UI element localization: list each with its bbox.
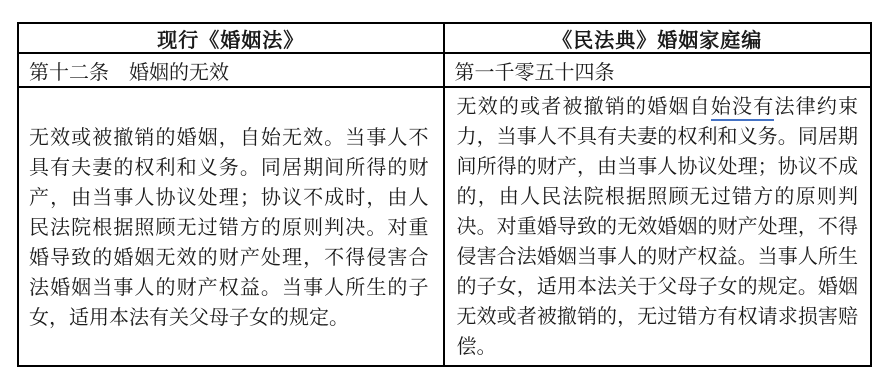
header-civil-code-label: 《民法典》婚姻家庭编 [552, 24, 762, 53]
civil-code-text-before: 无效的或者被撤销的婚姻自 [457, 94, 711, 118]
header-cell-marriage-law: 现行《婚姻法》 [19, 24, 445, 54]
marriage-law-body-text: 无效或被撤销的婚姻，自始无效。当事人不具有夫妻的权利和义务。同居期间所得的财产，… [29, 122, 429, 332]
civil-code-text-after: 法律约束力，当事人不具有夫妻的权利和义务。同居期间所得的财产，由当事人协议处理；… [457, 94, 859, 358]
body-cell-marriage-law: 无效或被撤销的婚姻，自始无效。当事人不具有夫妻的权利和义务。同居期间所得的财产，… [19, 88, 445, 365]
header-cell-civil-code: 《民法典》婚姻家庭编 [445, 24, 871, 54]
civil-code-body-text: 无效的或者被撤销的婚姻自始没有法律约束力，当事人不具有夫妻的权利和义务。同居期间… [457, 91, 859, 361]
comparison-table: 现行《婚姻法》 《民法典》婚姻家庭编 第十二条 婚姻的无效 第一千零五十四条 无… [17, 22, 872, 367]
header-marriage-law-label: 现行《婚姻法》 [157, 24, 304, 53]
underlined-phrase: 始没有 [711, 94, 775, 121]
article-civil-code-label: 第一千零五十四条 [455, 56, 615, 85]
article-marriage-law-label: 第十二条 婚姻的无效 [29, 56, 229, 85]
article-cell-marriage-law: 第十二条 婚姻的无效 [19, 54, 445, 88]
article-cell-civil-code: 第一千零五十四条 [445, 54, 871, 88]
page: 现行《婚姻法》 《民法典》婚姻家庭编 第十二条 婚姻的无效 第一千零五十四条 无… [0, 0, 886, 381]
body-cell-civil-code: 无效的或者被撤销的婚姻自始没有法律约束力，当事人不具有夫妻的权利和义务。同居期间… [445, 88, 871, 365]
